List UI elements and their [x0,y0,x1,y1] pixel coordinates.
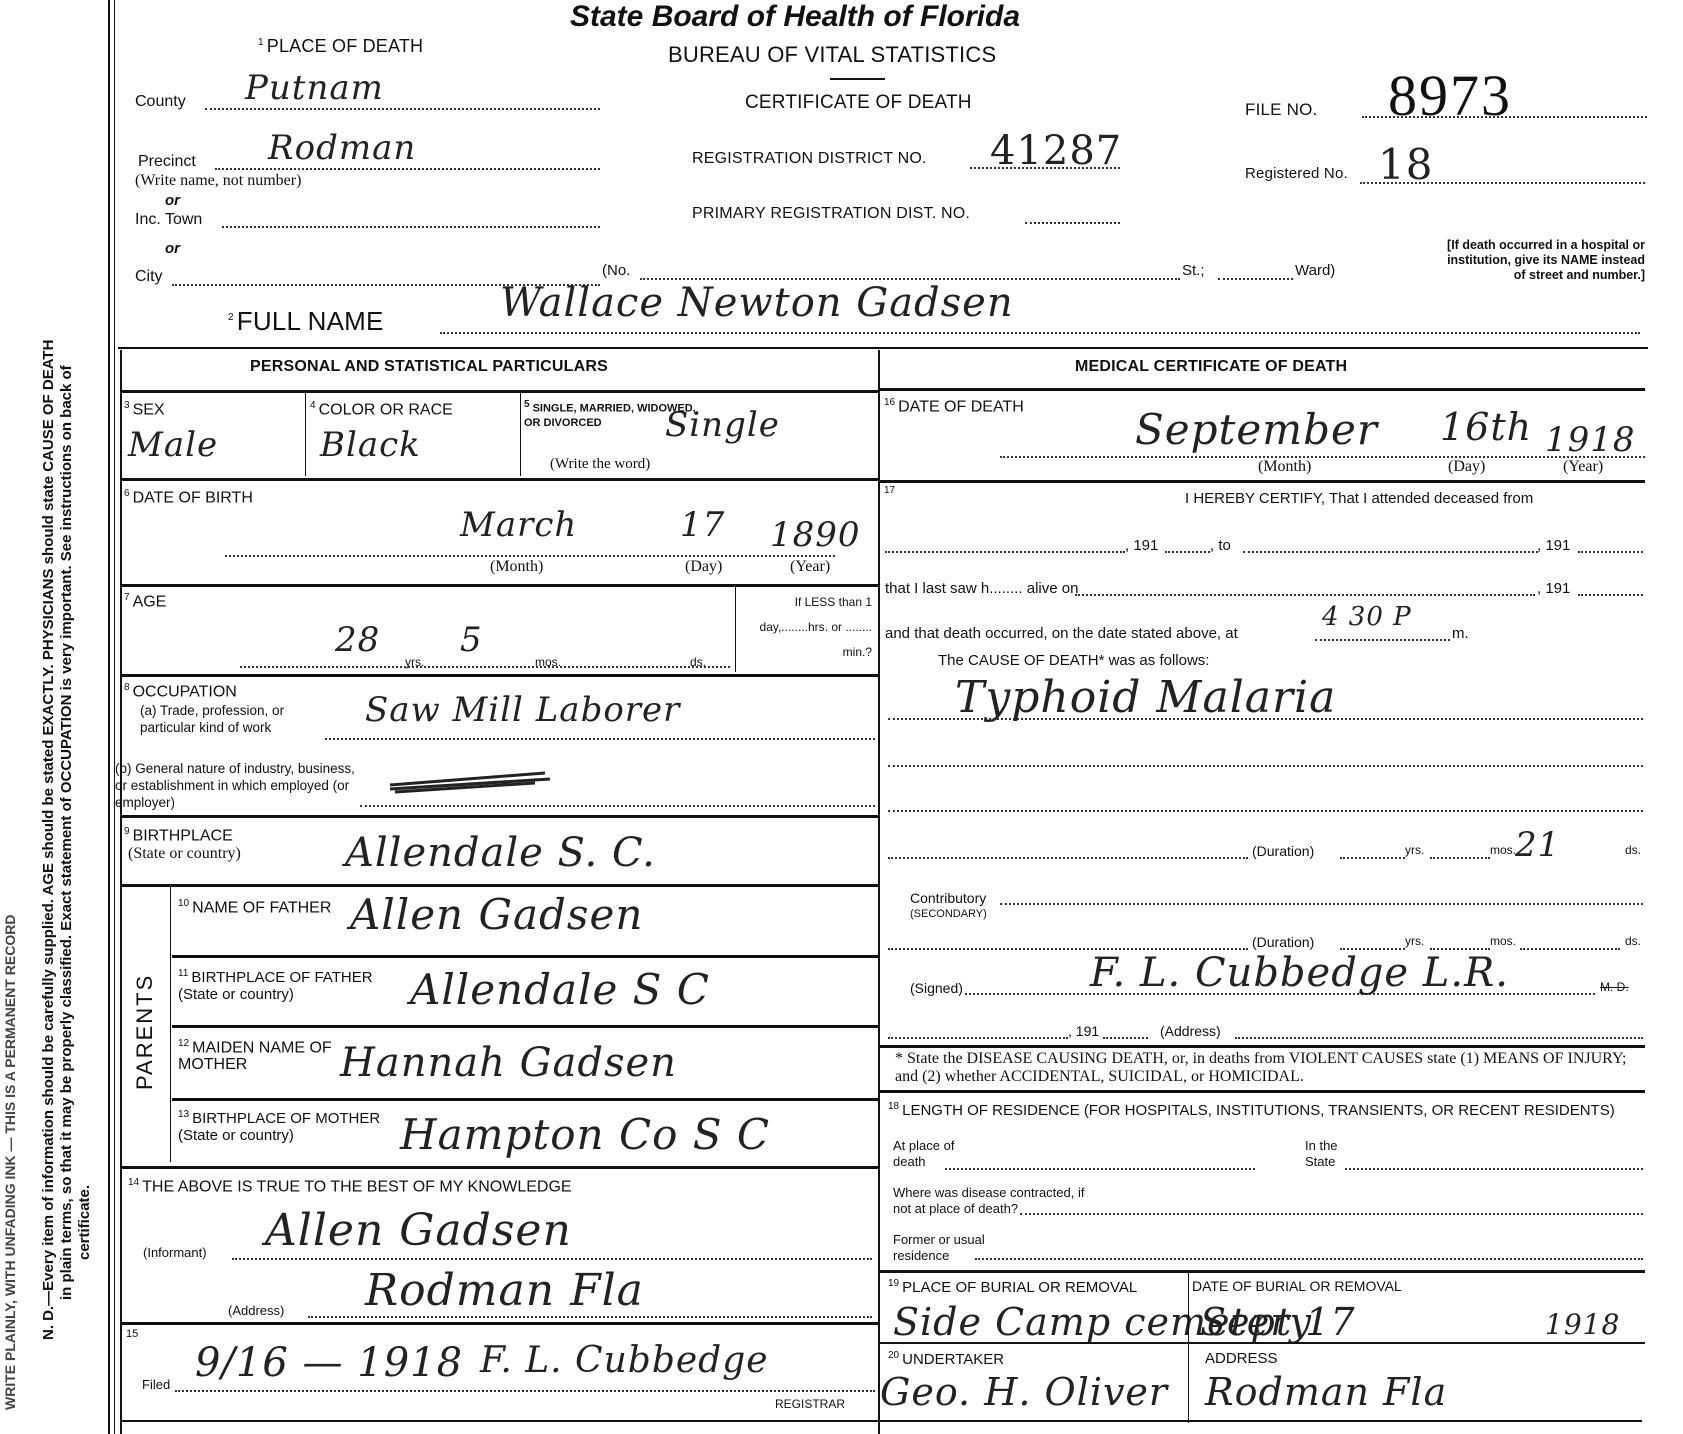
residence-label: 18LENGTH OF RESIDENCE (FOR HOSPITALS, IN… [888,1098,1643,1119]
inc-town-label: Inc. Town [135,211,202,229]
sex-value: Male [128,425,218,465]
cause-footnote: * State the DISEASE CAUSING DEATH, or, i… [895,1050,1645,1086]
age-years: 28 [335,620,380,660]
burial-date-label: DATE OF BURIAL OR REMOVAL [1192,1278,1402,1294]
age-months: 5 [460,620,483,660]
medical-section-title: MEDICAL CERTIFICATE OF DEATH [1075,358,1347,376]
certify-line1: I HEREBY CERTIFY, That I attended deceas… [1185,490,1533,507]
precinct-note: (Write name, not number) [135,172,301,190]
county-value: Putnam [245,68,384,108]
cause-of-death: Typhoid Malaria [955,672,1336,723]
mother-name-label: 12MAIDEN NAME OF MOTHER [178,1035,353,1073]
race-value: Black [320,425,421,465]
reg-district-label: REGISTRATION DISTRICT NO. [692,150,927,168]
age-label: 7AGE [124,592,166,611]
undertaker-name: Geo. H. Oliver [880,1370,1168,1414]
dod-label: 16DATE OF DEATH [884,397,1024,416]
filed-label: Filed [142,1377,170,1392]
occupation-value: Saw Mill Laborer [365,690,680,730]
filed-date: 9/16 — 1918 [195,1340,463,1386]
certify-line3: that I last saw h........ alive on [885,580,1078,597]
precinct-label: Precinct [138,153,196,171]
signed-label: (Signed) [910,980,963,996]
place-of-death-label: 1PLACE OF DEATH [258,36,423,57]
undertaker-address-label: ADDRESS [1205,1350,1278,1367]
informant-value: Allen Gadsen [265,1205,572,1256]
full-name-label: 2FULL NAME [228,306,384,337]
race-label: 4COLOR OR RACE [310,400,453,419]
cause-label: The CAUSE OF DEATH* was as follows: [938,652,1209,669]
primary-reg-label: PRIMARY REGISTRATION DIST. NO. [692,205,970,223]
physician-signature: F. L. Cubbedge L.R. [1090,950,1509,996]
burial-date: Sept 17 [1200,1300,1356,1344]
birthplace-value: Allendale S. C. [345,830,656,876]
burial-year: 1918 [1545,1308,1620,1341]
father-name-value: Allen Gadsen [350,890,643,939]
contributory-label: Contributory [910,890,986,906]
duration-days: 21 [1515,825,1560,865]
mother-name-value: Hannah Gadsen [340,1040,677,1086]
undertaker-label: 20UNDERTAKER [888,1350,1004,1368]
mother-bp-value: Hampton Co S C [400,1110,770,1159]
parents-side-label: PARENTS [132,974,158,1090]
dod-year: 1918 [1545,420,1636,460]
informant-address-label: (Address) [228,1303,284,1318]
dod-day: 16th [1440,405,1532,449]
file-no: 8973 [1388,62,1512,129]
father-bp-value: Allendale S C [410,965,710,1014]
mother-bp-label: 13BIRTHPLACE OF MOTHER (State or country… [178,1106,393,1144]
marital-value: Single [665,405,780,445]
registrar-label: REGISTRAR [775,1397,845,1411]
father-name-label: 10NAME OF FATHER [178,895,338,916]
certificate-title: CERTIFICATE OF DEATH [745,92,972,114]
birthplace-label: 9BIRTHPLACE [124,826,233,845]
dob-label: 6DATE OF BIRTH [124,488,253,507]
informant-statement: 14THE ABOVE IS TRUE TO THE BEST OF MY KN… [128,1177,572,1196]
margin-line3: certificate. [76,1185,93,1260]
registered-no-label: Registered No. [1245,165,1348,182]
certify-line4: and that death occurred, on the date sta… [885,625,1238,642]
marital-note: (Write the word) [550,456,650,473]
personal-section-title: PERSONAL AND STATISTICAL PARTICULARS [250,358,608,376]
burial-place-label: 19PLACE OF BURIAL OR REMOVAL [888,1278,1137,1296]
margin-line2: in plain terms, so that it may be proper… [58,365,75,1300]
occ-a-label: (a) Trade, profession, or particular kin… [140,702,340,736]
hospital-note: [If death occurred in a hospital or inst… [1440,238,1645,283]
dod-month: September [1135,405,1378,454]
occ-b-crossed-out [385,765,555,795]
form-title: State Board of Health of Florida [570,0,1020,34]
sex-label: 3SEX [124,400,165,419]
city-label: City [135,268,163,286]
registrar-signature: F. L. Cubbedge [480,1340,769,1381]
margin-line1: N. D.—Every item of information should b… [40,340,57,1340]
less-than-day: If LESS than 1 day,........hrs. or .....… [742,590,872,665]
death-time: 4 30 P [1322,602,1412,632]
dob-month: March [460,505,577,545]
informant-address: Rodman Fla [365,1265,644,1316]
occ-b-label: (b) General nature of industry, business… [115,760,365,811]
dob-year: 1890 [770,515,861,555]
undertaker-address: Rodman Fla [1205,1370,1447,1414]
margin-border-inner [114,0,115,1434]
margin-line0: WRITE PLAINLY, WITH UNFADING INK — THIS … [2,915,18,1410]
street-no-label: (No. [602,262,630,279]
occupation-label: 8OCCUPATION [124,682,237,701]
file-no-label: FILE NO. [1245,100,1317,120]
informant-label: (Informant) [143,1245,207,1260]
full-name-value: Wallace Newton Gadsen [500,280,1014,326]
reg-district: 41287 [990,128,1122,174]
margin-border [108,0,110,1434]
bureau-title: BUREAU OF VITAL STATISTICS [668,42,996,68]
county-label: County [135,93,186,111]
father-bp-label: 11BIRTHPLACE OF FATHER (State or country… [178,965,393,1003]
title-rule [830,78,885,80]
registered-no: 18 [1378,140,1433,189]
precinct-value: Rodman [268,128,416,168]
dob-day: 17 [680,505,725,545]
